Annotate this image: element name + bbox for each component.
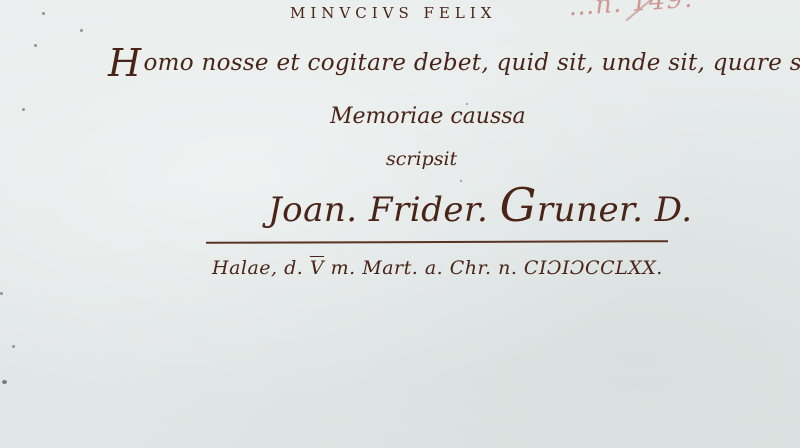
motto-initial: H (108, 41, 141, 85)
signature-suffix: D. (655, 190, 693, 230)
dateline-day: V (310, 257, 324, 279)
dateline: Halae, d. V m. Mart. a. Chr. n. CIƆIƆCCL… (212, 257, 663, 279)
dedication-line: Memoriae caussa (330, 104, 526, 129)
paper-speck (42, 12, 45, 15)
paper-speck (12, 345, 15, 348)
paper-speck (34, 44, 37, 47)
paper-speck (80, 29, 83, 32)
signature-first-name: Joan. (268, 190, 358, 230)
paper-speck (0, 292, 3, 295)
signature-last-name: runer. (537, 190, 644, 230)
signature-last-initial: G (500, 178, 537, 232)
heading-minucius-felix: MINVCIVS FELIX (290, 4, 496, 22)
paper-speck (22, 108, 25, 111)
dateline-place: Halae, d. (212, 257, 303, 279)
signature-middle-name: Frider. (369, 190, 488, 230)
scripsit-note: scripsit (386, 148, 457, 170)
red-catalog-annotation: …n. 149. (567, 0, 694, 22)
signature: Joan. Frider. Gruner. D. (268, 178, 693, 232)
manuscript-page: …n. 149. MINVCIVS FELIX Homo nosse et co… (0, 0, 800, 448)
motto-text: omo nosse et cogitare debet, quid sit, u… (143, 50, 800, 76)
horizontal-rule (206, 240, 668, 243)
dateline-rest: m. Mart. a. Chr. n. CIƆIƆCCLXX. (331, 257, 663, 279)
paper-speck (2, 380, 7, 384)
motto-line: Homo nosse et cogitare debet, quid sit, … (108, 35, 800, 79)
